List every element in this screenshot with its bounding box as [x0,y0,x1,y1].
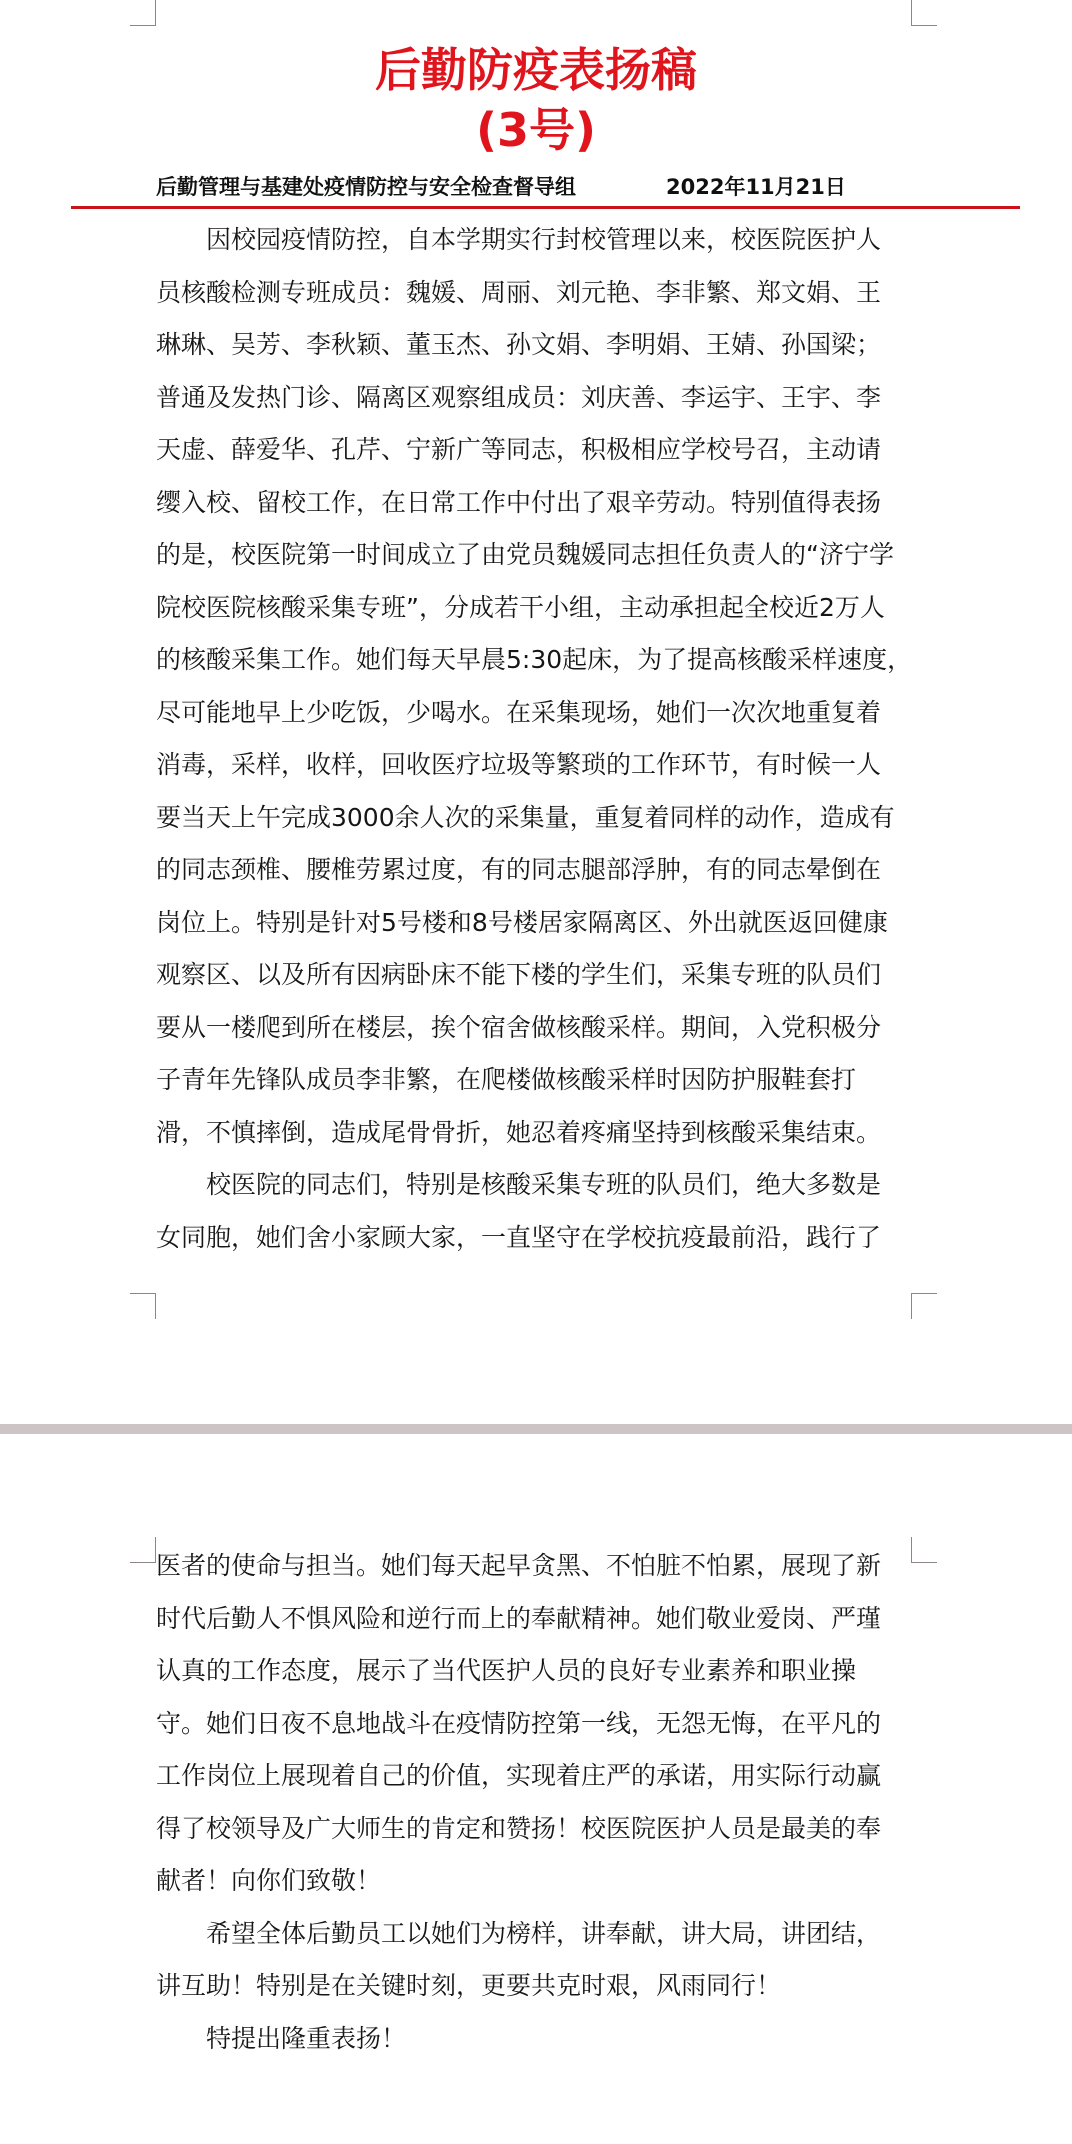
text-line: 要当天上午完成3000余人次的采集量，重复着同样的动作，造成有 [156,792,916,845]
document-title: 后勤防疫表扬稿 [0,40,1072,100]
text-line: 因校园疫情防控，自本学期实行封校管理以来，校医院医护人 [156,214,916,267]
margin-corner-mark [130,1537,156,1563]
text-line: 尽可能地早上少吃饭，少喝水。在采集现场，她们一次次地重复着 [156,687,916,740]
text-line: 子青年先锋队成员李非繁，在爬楼做核酸采样时因防护服鞋套打 [156,1054,916,1107]
issue-date: 2022年11月21日 [666,172,846,202]
text-line: 献者！向你们致敬！ [156,1855,916,1908]
text-line: 女同胞，她们舍小家顾大家，一直坚守在学校抗疫最前沿，践行了 [156,1212,916,1265]
text-line: 员核酸检测专班成员：魏媛、周丽、刘元艳、李非繁、郑文娟、王 [156,267,916,320]
text-line: 要从一楼爬到所在楼层，挨个宿舍做核酸采样。期间，入党积极分 [156,1002,916,1055]
text-line: 得了校领导及广大师生的肯定和赞扬！校医院医护人员是最美的奉 [156,1803,916,1856]
text-line: 工作岗位上展现着自己的价值，实现着庄严的承诺，用实际行动赢 [156,1750,916,1803]
page-1-body: 因校园疫情防控，自本学期实行封校管理以来，校医院医护人 员核酸检测专班成员：魏媛… [156,214,916,1264]
text-line: 观察区、以及所有因病卧床不能下楼的学生们，采集专班的队员们 [156,949,916,1002]
closing-line: 特提出隆重表扬！ [156,2013,916,2066]
document-page-1: 后勤防疫表扬稿 (3号) 后勤管理与基建处疫情防控与安全检查督导组 2022年1… [0,0,1072,1424]
text-line: 的核酸采集工作。她们每天早晨5:30起床，为了提高核酸采样速度， [156,634,916,687]
text-line: 岗位上。特别是针对5号楼和8号楼居家隔离区、外出就医返回健康 [156,897,916,950]
text-line: 滑，不慎摔倒，造成尾骨骨折，她忍着疼痛坚持到核酸采集结束。 [156,1107,916,1160]
issuer-name: 后勤管理与基建处疫情防控与安全检查督导组 [156,175,576,199]
margin-corner-mark [130,0,156,26]
issuer-header: 后勤管理与基建处疫情防控与安全检查督导组 2022年11月21日 [156,172,576,202]
text-line: 守。她们日夜不息地战斗在疫情防控第一线，无怨无悔，在平凡的 [156,1698,916,1751]
text-line: 医者的使命与担当。她们每天起早贪黑、不怕脏不怕累，展现了新 [156,1540,916,1593]
text-line: 院校医院核酸采集专班”，分成若干小组，主动承担起全校近2万人 [156,582,916,635]
text-line: 普通及发热门诊、隔离区观察组成员：刘庆善、李运宇、王宇、李 [156,372,916,425]
text-line: 校医院的同志们，特别是核酸采集专班的队员们，绝大多数是 [156,1159,916,1212]
text-line: 认真的工作态度，展示了当代医护人员的良好专业素养和职业操 [156,1645,916,1698]
document-issue-number: (3号) [0,100,1072,160]
text-line: 的同志颈椎、腰椎劳累过度，有的同志腿部浮肿，有的同志晕倒在 [156,844,916,897]
text-line: 缨入校、留校工作，在日常工作中付出了艰辛劳动。特别值得表扬 [156,477,916,530]
text-line: 希望全体后勤员工以她们为榜样，讲奉献，讲大局，讲团结， [156,1908,916,1961]
margin-corner-mark [130,1293,156,1319]
text-line: 天虚、薛爱华、孔芹、宁新广等同志，积极相应学校号召，主动请 [156,424,916,477]
page-separator [0,1424,1072,1434]
text-line: 琳琳、吴芳、李秋颖、董玉杰、孙文娟、李明娟、王婧、孙国梁； [156,319,916,372]
text-line: 的是，校医院第一时间成立了由党员魏媛同志担任负责人的“济宁学 [156,529,916,582]
text-line: 时代后勤人不惧风险和逆行而上的奉献精神。她们敬业爱岗、严瑾 [156,1593,916,1646]
page-2-body: 医者的使命与担当。她们每天起早贪黑、不怕脏不怕累，展现了新 时代后勤人不惧风险和… [156,1540,916,2065]
text-line: 讲互助！特别是在关键时刻，更要共克时艰，风雨同行！ [156,1960,916,2013]
margin-corner-mark [911,0,937,26]
text-line: 消毒，采样，收样，回收医疗垃圾等繁琐的工作环节，有时候一人 [156,739,916,792]
header-red-rule [71,206,1020,209]
margin-corner-mark [911,1293,937,1319]
